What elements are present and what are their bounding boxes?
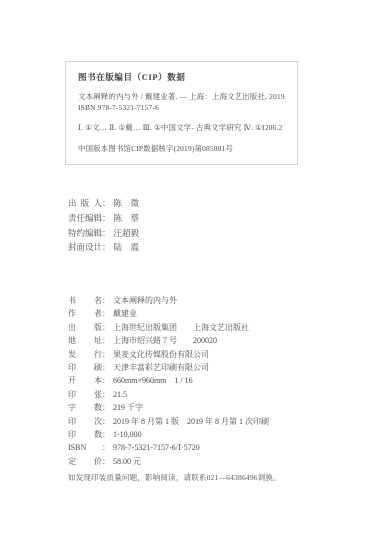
label-colon: ： xyxy=(102,211,111,226)
colophon-row-address: 地址：上海市绍兴路 7 号 200020 xyxy=(68,334,269,347)
cip-classification-line: Ⅰ. ①文… Ⅱ. ①戴… Ⅲ. ①中国文学- 古典文学研究 Ⅳ. ①I206.… xyxy=(78,122,285,133)
label-colon: ： xyxy=(102,334,110,347)
staff-value: 陆 震 xyxy=(111,242,140,252)
cip-description-line: 文本阐释的内与外 / 戴建业著. — 上海：上海文艺出版社, 2019 xyxy=(78,91,285,102)
colophon-label: 印张 xyxy=(68,388,102,401)
copyright-page: 图书在版编目（CIP）数据 文本阐释的内与外 / 戴建业著. — 上海：上海文艺… xyxy=(0,0,375,556)
cip-data-box: 图书在版编目（CIP）数据 文本阐释的内与外 / 戴建业著. — 上海：上海文艺… xyxy=(65,61,298,165)
staff-list: 出版人：陈 徵 责任编辑：陈 蔡 特约编辑：汪超毅 封面设计：陆 震 xyxy=(68,196,139,255)
colophon-label: 开本 xyxy=(68,374,102,387)
label-colon: ： xyxy=(102,415,110,428)
colophon-value: 上海世纪出版集团 上海文艺出版社 xyxy=(110,323,249,332)
colophon-value: 1-10,000 xyxy=(110,430,142,439)
colophon-label: 作者 xyxy=(68,307,102,320)
colophon-row-format: 开本：660mm×960mm 1 / 16 xyxy=(68,374,269,387)
colophon-value: 文本阐释的内与外 xyxy=(110,296,177,305)
staff-row-responsible-editor: 责任编辑：陈 蔡 xyxy=(68,211,139,226)
colophon-row-word-count: 字数：219 千字 xyxy=(68,401,269,414)
label-colon: ： xyxy=(102,240,111,255)
staff-value: 汪超毅 xyxy=(111,228,140,238)
staff-label: 责任编辑 xyxy=(68,211,102,226)
colophon-value: 戴建业 xyxy=(110,309,137,318)
colophon-value: 2019 年 8 月第 1 版 2019 年 8 月第 1 次印刷 xyxy=(110,417,269,426)
label-colon: ： xyxy=(102,428,110,441)
label-colon: ： xyxy=(102,196,111,211)
label-colon: ： xyxy=(102,388,110,401)
colophon-label: 印次 xyxy=(68,415,102,428)
colophon-label: 发行 xyxy=(68,348,102,361)
colophon-row-printer: 印刷：天津丰富彩艺印刷有限公司 xyxy=(68,361,269,374)
colophon-label: 出版 xyxy=(68,321,102,334)
staff-label: 特约编辑 xyxy=(68,226,102,241)
cip-title: 图书在版编目（CIP）数据 xyxy=(78,71,285,83)
label-colon: ： xyxy=(102,401,110,414)
colophon-row-isbn: ISBN：978-7-5321-7157-6/Ⅰ·5720 xyxy=(68,441,269,454)
colophon-row-publisher: 出版：上海世纪出版集团 上海文艺出版社 xyxy=(68,321,269,334)
colophon-label: 印刷 xyxy=(68,361,102,374)
colophon-value: 上海市绍兴路 7 号 200020 xyxy=(110,336,217,345)
colophon-label: ISBN xyxy=(68,441,102,454)
colophon-list: 书名：文本阐释的内与外 作者：戴建业 出版：上海世纪出版集团 上海文艺出版社 地… xyxy=(68,294,269,468)
label-colon: ： xyxy=(102,348,110,361)
label-colon: ： xyxy=(102,321,110,334)
colophon-value: 978-7-5321-7157-6/Ⅰ·5720 xyxy=(110,443,200,452)
label-colon: ： xyxy=(102,441,110,454)
staff-value: 陈 徵 xyxy=(111,198,140,208)
staff-row-cover-designer: 封面设计：陆 震 xyxy=(68,240,139,255)
colophon-row-author: 作者：戴建业 xyxy=(68,307,269,320)
colophon-row-sheets: 印张：21.5 xyxy=(68,388,269,401)
colophon-value: 660mm×960mm 1 / 16 xyxy=(110,376,193,385)
label-colon: ： xyxy=(102,294,110,307)
quality-notice: 如发现印装质量问题，影响阅读，请联系021—64386496调换。 xyxy=(68,472,281,483)
staff-row-publisher: 出版人：陈 徵 xyxy=(68,196,139,211)
label-colon: ： xyxy=(102,455,110,468)
staff-label: 封面设计 xyxy=(68,240,102,255)
staff-row-special-editor: 特约编辑：汪超毅 xyxy=(68,226,139,241)
colophon-row-edition: 印次：2019 年 8 月第 1 版 2019 年 8 月第 1 次印刷 xyxy=(68,415,269,428)
colophon-row-title: 书名：文本阐释的内与外 xyxy=(68,294,269,307)
cip-record-number-line: 中国版本图书馆CIP数据核字(2019)第085001号 xyxy=(78,143,285,154)
colophon-value: 219 千字 xyxy=(110,403,143,412)
colophon-label: 定价 xyxy=(68,455,102,468)
label-colon: ： xyxy=(102,374,110,387)
colophon-label: 书名 xyxy=(68,294,102,307)
colophon-row-distributor: 发行：果麦文化传媒股份有限公司 xyxy=(68,348,269,361)
colophon-value: 天津丰富彩艺印刷有限公司 xyxy=(110,363,209,372)
colophon-row-price: 定价：58.00 元 xyxy=(68,455,269,468)
colophon-value: 58.00 元 xyxy=(110,457,141,466)
cip-description-block: 文本阐释的内与外 / 戴建业著. — 上海：上海文艺出版社, 2019 ISBN… xyxy=(78,91,285,113)
staff-value: 陈 蔡 xyxy=(111,213,140,223)
label-colon: ： xyxy=(102,307,110,320)
colophon-label: 字数 xyxy=(68,401,102,414)
colophon-row-print-run: 印数：1-10,000 xyxy=(68,428,269,441)
colophon-value: 21.5 xyxy=(110,390,127,399)
cip-isbn-line: ISBN 978-7-5321-7157-6 xyxy=(78,102,285,113)
colophon-label: 印数 xyxy=(68,428,102,441)
staff-label: 出版人 xyxy=(68,196,102,211)
label-colon: ： xyxy=(102,226,111,241)
colophon-label: 地址 xyxy=(68,334,102,347)
colophon-value: 果麦文化传媒股份有限公司 xyxy=(110,350,209,359)
label-colon: ： xyxy=(102,361,110,374)
